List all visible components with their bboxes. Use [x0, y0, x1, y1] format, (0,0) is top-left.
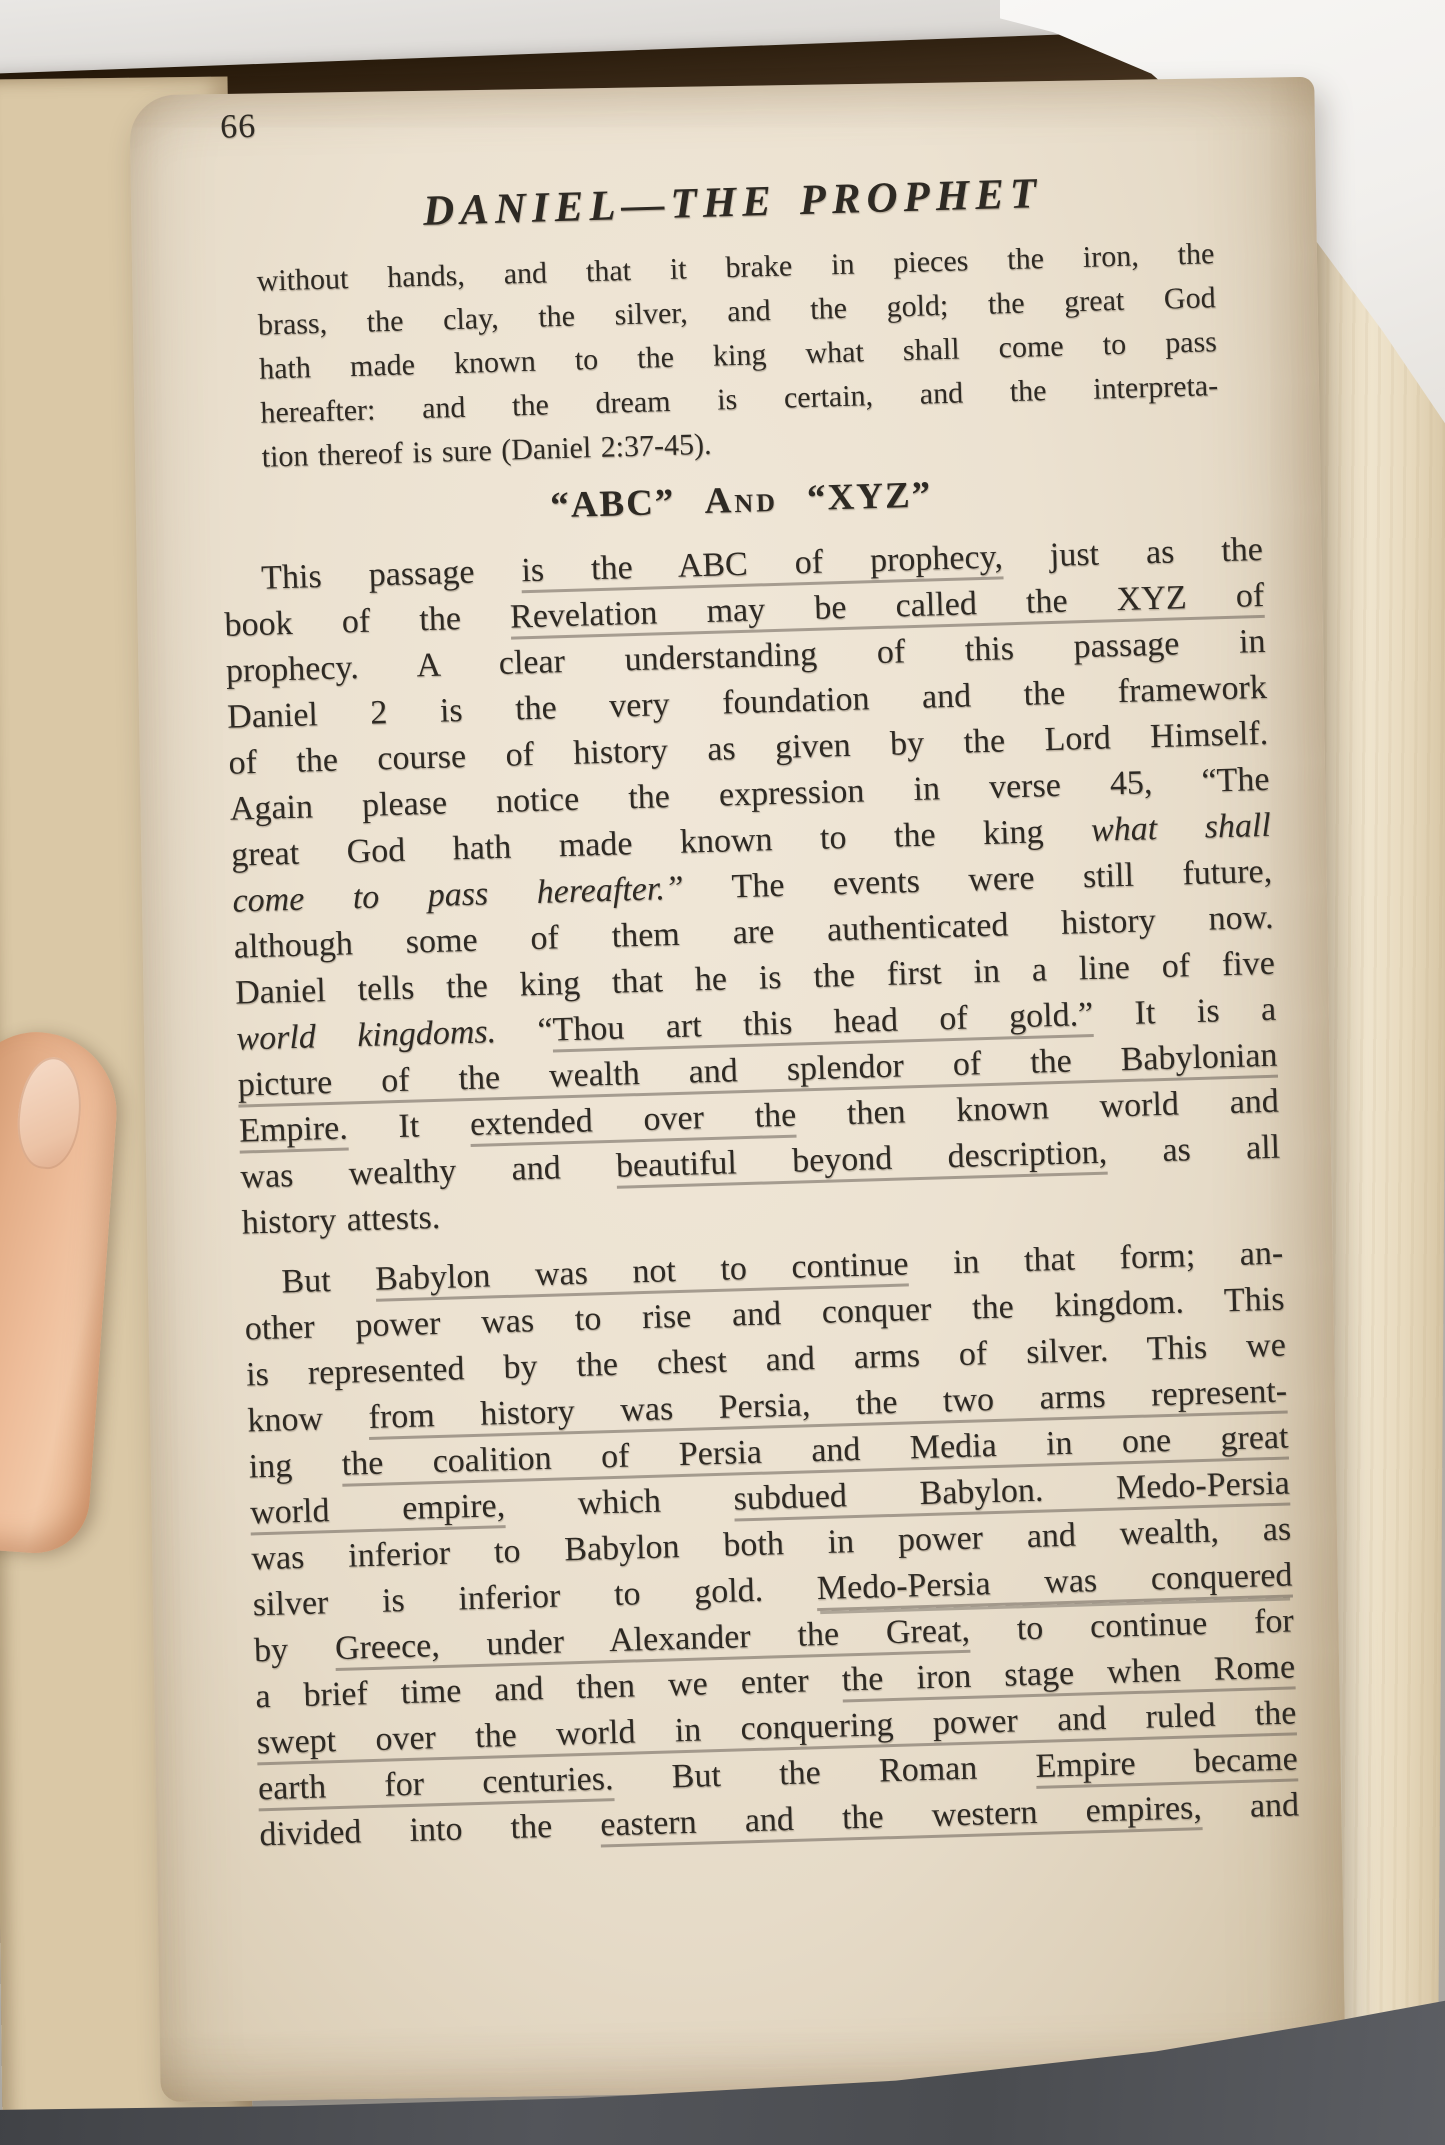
- text-segment: ing: [248, 1446, 342, 1486]
- running-head: DANIEL—THE PROPHET: [212, 163, 1253, 242]
- text-segment: Empire.: [239, 1109, 349, 1153]
- text-segment: was wealthy and: [240, 1148, 617, 1196]
- book-photo: 66 DANIEL—THE PROPHET without hands, and…: [0, 0, 1445, 2145]
- paragraph-2: But Babylon was not to continue in that …: [243, 1231, 1300, 1859]
- text-segment: know: [247, 1399, 369, 1439]
- page-header: 66 DANIEL—THE PROPHET: [212, 163, 1253, 241]
- paragraph-1: This passage is the ABC of prophecy, jus…: [223, 527, 1282, 1247]
- page-content: 66 DANIEL—THE PROPHET without hands, and…: [209, 71, 1306, 2107]
- text-segment: divided into the: [259, 1807, 601, 1854]
- text-segment: Empire became: [1035, 1740, 1298, 1789]
- section-heading-and: And: [704, 479, 778, 522]
- text-segment: world kingdoms.: [236, 1013, 497, 1057]
- text-segment: This passage: [261, 552, 522, 596]
- section-heading-xyz: “XYZ”: [806, 474, 932, 519]
- section-heading-abc: “ABC”: [550, 482, 676, 527]
- book-page: 66 DANIEL—THE PROPHET without hands, and…: [129, 77, 1345, 2102]
- text-segment: It is a: [1093, 991, 1277, 1033]
- text-segment: tion thereof is sure (Daniel 2:37-45).: [261, 428, 712, 474]
- text-segment: “: [496, 1012, 554, 1051]
- text-segment: in that form; an-: [908, 1235, 1284, 1283]
- page-number: 66: [220, 108, 257, 147]
- text-segment: world empire,: [250, 1487, 506, 1535]
- text-segment: to continue for: [969, 1602, 1294, 1648]
- text-segment: history attests.: [241, 1199, 440, 1242]
- text-segment: come to pass hereafter.”: [232, 870, 684, 920]
- text-segment: It: [347, 1106, 470, 1147]
- text-segment: But the Roman: [613, 1748, 1036, 1797]
- text-segment: as all: [1107, 1129, 1281, 1171]
- text-segment: But: [281, 1261, 376, 1301]
- fingernail: [13, 1054, 86, 1172]
- text-segment: what shall: [1090, 807, 1271, 849]
- text-segment: book of the: [224, 599, 511, 644]
- text-segment: which: [505, 1481, 735, 1525]
- text-segment: and: [1201, 1786, 1299, 1826]
- text-segment: just as the: [1002, 531, 1263, 575]
- scripture-quote-block: without hands, and that it brake in piec…: [256, 232, 1220, 479]
- text-segment: by: [254, 1630, 336, 1669]
